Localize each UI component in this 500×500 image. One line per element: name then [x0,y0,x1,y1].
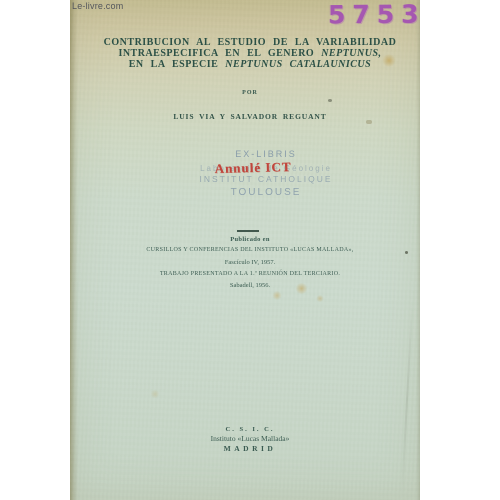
exlibris-line-4: TOULOUSE [96,187,436,198]
scanned-offprint-cover-photo: Le-livre.com 5753 CONTRIBUCION AL ESTUDI… [0,0,500,500]
exlibris-ink-stamp: EX-LIBRIS Laboratoire de Géologie INSTIT… [96,0,436,500]
